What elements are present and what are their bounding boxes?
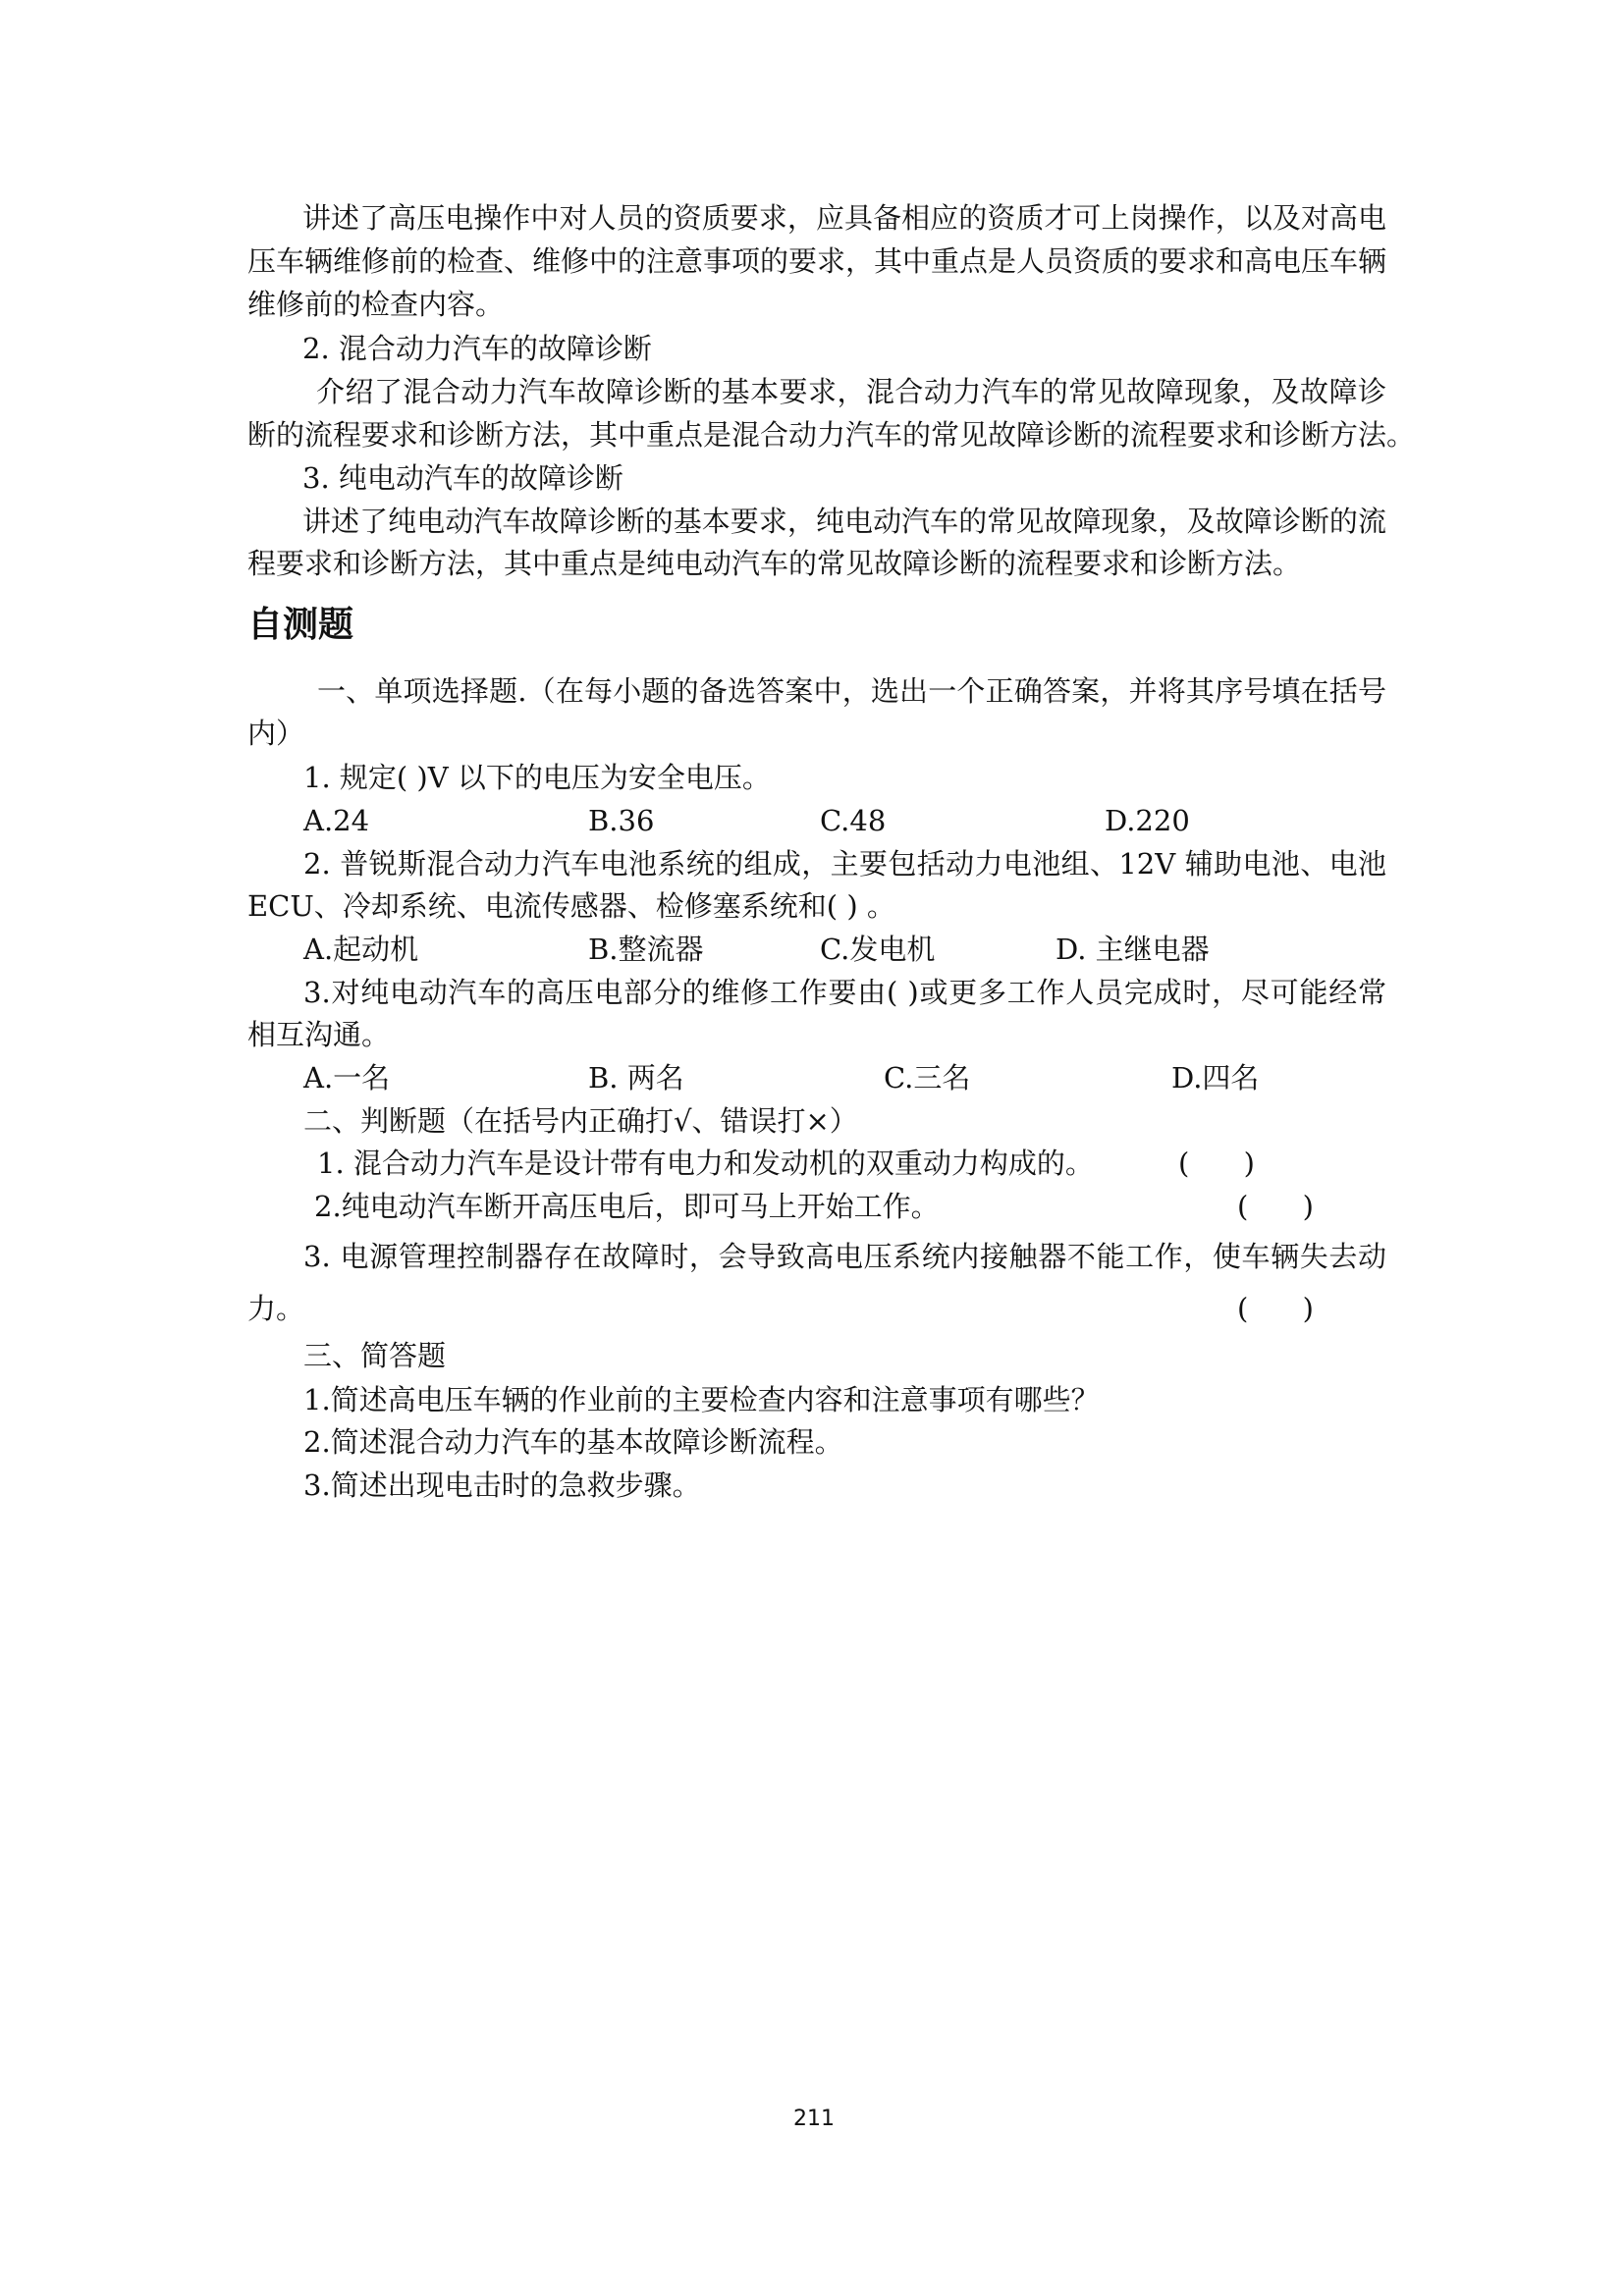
q3-stem-line2: 相互沟通。 (247, 1013, 390, 1056)
q1-option-b: B.36 (588, 799, 654, 842)
judge2-text: 2.纯电动汽车断开高压电后，即可马上开始工作。 (314, 1185, 940, 1228)
q1-option-d: D.220 (1105, 799, 1190, 842)
summary-para3-line1: 讲述了纯电动汽车故障诊断的基本要求，纯电动汽车的常见故障现象，及故障诊断的流 (302, 500, 1386, 543)
q2-stem-line1: 2. 普锐斯混合动力汽车电池系统的组成，主要包括动力电池组、12V 辅助电池、电… (303, 842, 1386, 885)
q2-option-d: D. 主继电器 (1056, 928, 1210, 971)
q3-stem-line1: 3.对纯电动汽车的高压电部分的维修工作要由( )或更多工作人员完成时，尽可能经常 (303, 971, 1386, 1014)
q3-option-d: D.四名 (1171, 1056, 1259, 1099)
q2-stem-line2: ECU、冷却系统、电流传感器、检修塞系统和( ) 。 (247, 884, 895, 928)
summary-item3-title: 3. 纯电动汽车的故障诊断 (302, 456, 623, 500)
short-answer-q1: 1.简述高电压车辆的作业前的主要检查内容和注意事项有哪些？ (303, 1378, 1100, 1421)
judge3-answer-blank[interactable]: ( ) (1237, 1287, 1314, 1330)
section1-title-line1: 一、单项选择题.（在每小题的备选答案中，选出一个正确答案，并将其序号填在括号 (317, 669, 1386, 713)
quiz-heading: 自测题 (247, 604, 353, 647)
q3-option-c: C.三名 (884, 1056, 970, 1099)
short-answer-q3: 3.简述出现电击时的急救步骤。 (303, 1464, 701, 1507)
q1-option-a: A.24 (303, 799, 369, 842)
summary-para1-line2: 压车辆维修前的检查、维修中的注意事项的要求，其中重点是人员资质的要求和高电压车辆 (247, 240, 1386, 283)
judge3-text-line2: 力。 (247, 1287, 304, 1330)
q2-option-b: B.整流器 (588, 928, 704, 971)
judge2-answer-blank[interactable]: ( ) (1237, 1185, 1314, 1228)
short-answer-q2: 2.简述混合动力汽车的基本故障诊断流程。 (303, 1420, 843, 1464)
q1-option-c: C.48 (820, 799, 886, 842)
q2-option-a: A.起动机 (303, 928, 418, 971)
judge1-text: 1. 混合动力汽车是设计带有电力和发动机的双重动力构成的。 (317, 1142, 1094, 1185)
judge3-text-line1: 3. 电源管理控制器存在故障时，会导致高电压系统内接触器不能工作，使车辆失去动 (303, 1235, 1386, 1278)
judge1-answer-blank[interactable]: ( ) (1178, 1142, 1255, 1185)
section2-title: 二、判断题（在括号内正确打√、错误打×） (303, 1099, 858, 1143)
summary-para2-line1: 介绍了混合动力汽车故障诊断的基本要求，混合动力汽车的常见故障现象，及故障诊 (316, 370, 1386, 413)
q3-option-b: B. 两名 (588, 1056, 684, 1099)
q3-option-a: A.一名 (303, 1056, 390, 1099)
q2-option-c: C.发电机 (820, 928, 935, 971)
section3-title: 三、简答题 (303, 1334, 446, 1377)
summary-para1-line1: 讲述了高压电操作中对人员的资质要求，应具备相应的资质才可上岗操作，以及对高电 (302, 196, 1386, 240)
summary-item2-title: 2. 混合动力汽车的故障诊断 (302, 327, 652, 370)
summary-para3-line2: 程要求和诊断方法，其中重点是纯电动汽车的常见故障诊断的流程要求和诊断方法。 (247, 542, 1301, 585)
summary-para1-line3: 维修前的检查内容。 (247, 283, 504, 326)
page-number: 211 (793, 2107, 835, 2131)
summary-para2-line2: 断的流程要求和诊断方法，其中重点是混合动力汽车的常见故障诊断的流程要求和诊断方法… (247, 413, 1398, 456)
q1-stem: 1. 规定( )V 以下的电压为安全电压。 (303, 756, 771, 799)
section1-title-line2: 内） (247, 712, 304, 755)
